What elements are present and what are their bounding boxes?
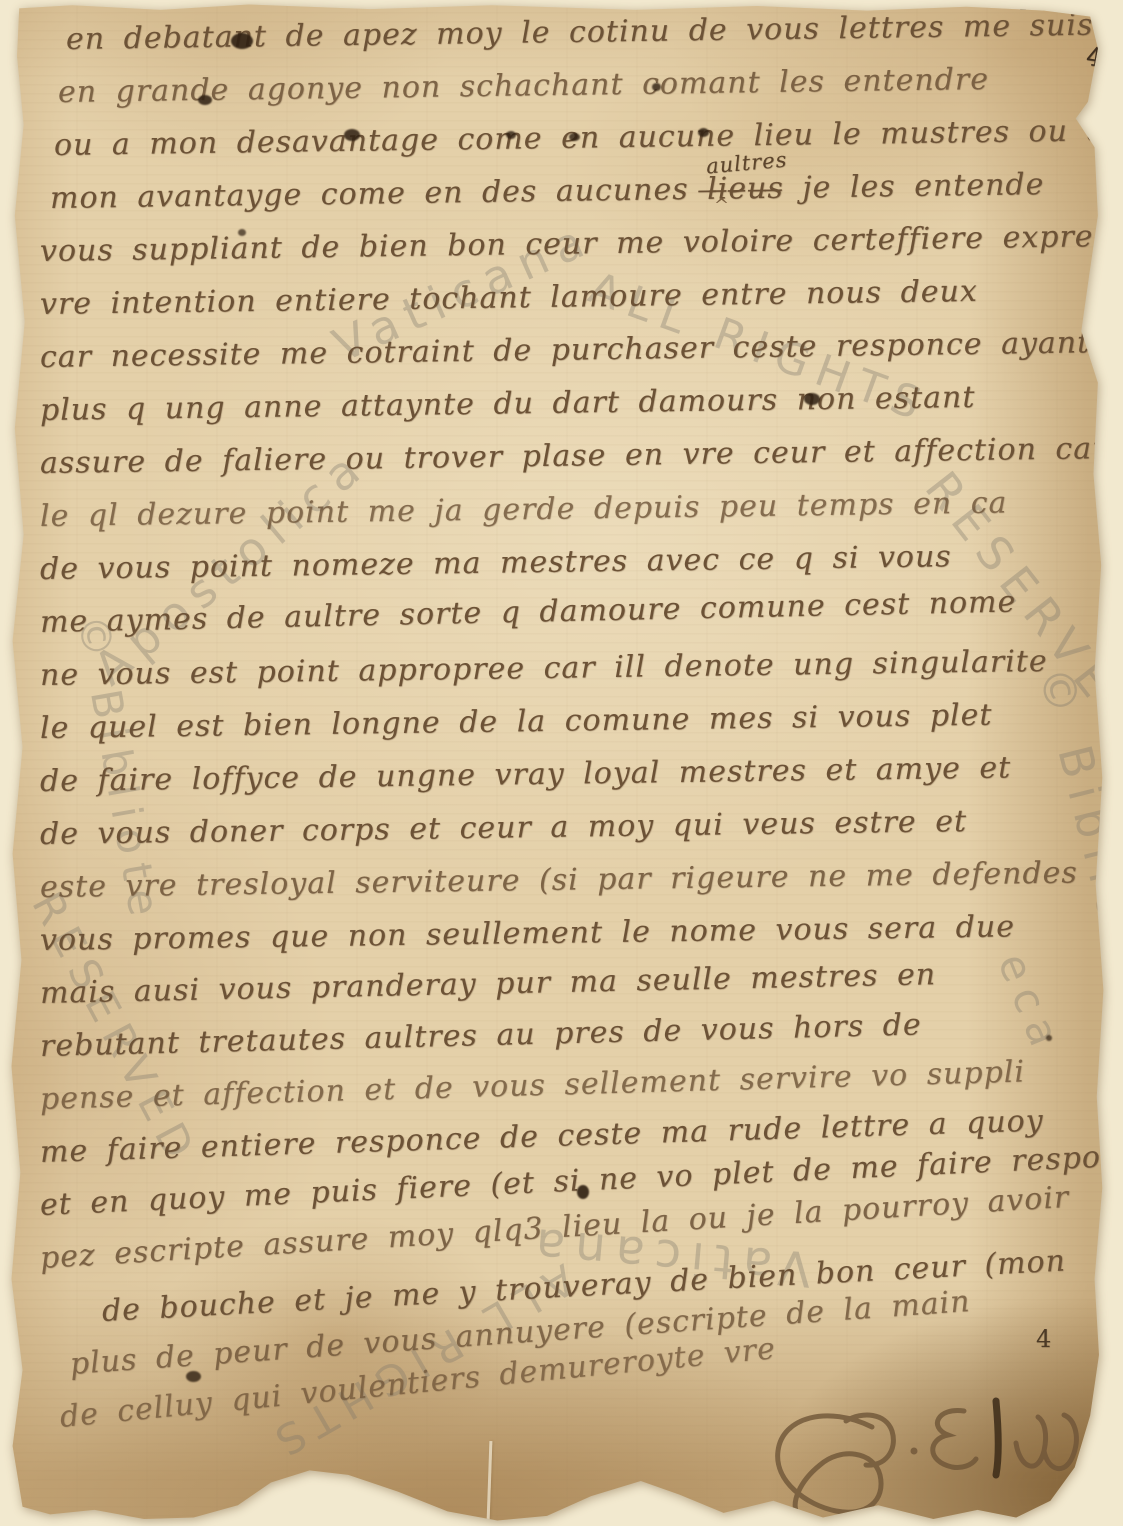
paper-shadow-wrap: ApostolicaVaticanaALL RIGHTSRESERVED© Bi… bbox=[6, 3, 1110, 1522]
folio-number-top-faint: 1 4 bbox=[1018, 0, 1061, 14]
ink-blot bbox=[198, 95, 212, 105]
ink-blot bbox=[506, 131, 516, 139]
ink-blot bbox=[577, 1185, 589, 1199]
folio-number-bottom-right: 4 bbox=[1036, 1325, 1051, 1353]
ink-blot bbox=[344, 129, 360, 141]
folio-number-top-right: 4 bbox=[1084, 42, 1106, 74]
signature-dot bbox=[911, 1448, 918, 1455]
manuscript-paper: ApostolicaVaticanaALL RIGHTSRESERVED© Bi… bbox=[6, 3, 1110, 1522]
ink-blot bbox=[652, 83, 661, 91]
paper-crease bbox=[487, 1441, 493, 1521]
ink-blot bbox=[698, 128, 709, 137]
ink-blot bbox=[186, 1371, 201, 1382]
scanned-manuscript-page: ApostolicaVaticanaALL RIGHTSRESERVED© Bi… bbox=[0, 0, 1123, 1526]
ink-blot bbox=[1046, 1035, 1052, 1041]
ink-blot bbox=[231, 33, 253, 49]
insertion-caret-mark: ^ bbox=[714, 195, 729, 216]
manuscript-text: en debatant de apez moy le cotinu de vou… bbox=[40, 13, 1096, 1444]
ink-blot bbox=[238, 229, 246, 236]
ink-blot bbox=[804, 393, 820, 405]
ink-blot bbox=[569, 133, 580, 141]
